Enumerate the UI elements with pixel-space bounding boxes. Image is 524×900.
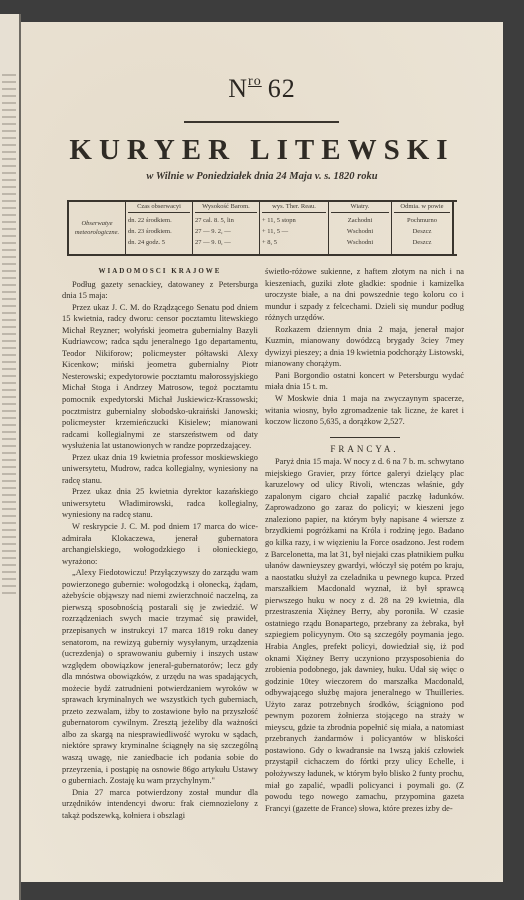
article-paragraph: Podług gazety senackiey, datowaney z Pet… (62, 279, 258, 302)
masthead-title: KURYER LITEWSKI (21, 134, 503, 167)
article-paragraph: Pani Borgondio ostatni koncert w Petersb… (265, 370, 464, 393)
section-divider (330, 437, 400, 438)
issue-number: Nro62 (21, 74, 503, 104)
title-rule (184, 121, 339, 123)
section-title-domestic-news: WIADOMOSCI KRAJOWE (62, 266, 258, 278)
issue-prefix: N (228, 74, 248, 103)
met-col-thermometer: wys. Ther. Reau. + 11, 5 stopn + 11, 5 —… (260, 202, 329, 254)
left-column: WIADOMOSCI KRAJOWE Podług gazety senacki… (62, 266, 258, 821)
article-paragraph: Przez ukaz dnia 25 kwietnia dyrektor kaz… (62, 486, 258, 521)
article-paragraph: „Alexy Fiedotowiczu! Przyłączywszy do za… (62, 567, 258, 786)
newspaper-page: Nro62 KURYER LITEWSKI w Wilnie w Poniedz… (21, 22, 503, 882)
issue-sup: ro (248, 74, 262, 89)
met-table-label: Obserwatye meteorologiczne. (67, 202, 126, 254)
article-paragraph: Dnia 27 marca potwierdzony został mundur… (62, 787, 258, 822)
article-paragraph: W reskrypcie J. C. M. pod dniem 17 marca… (62, 521, 258, 567)
previous-page-edge (0, 14, 21, 900)
right-column: świetło-różowe sukienne, z haftem złotym… (265, 266, 464, 814)
article-paragraph: Paryż dnia 15 maja. W nocy z d. 6 na 7 b… (265, 456, 464, 814)
previous-page-text (2, 74, 16, 594)
section-title-france: FRANCYA. (265, 444, 464, 456)
article-paragraph: Rozkazem dziennym dnia 2 maja, jenerał m… (265, 324, 464, 370)
met-col-winds: Wiatry. Zachodni Wschodni Wschodni (329, 202, 392, 254)
met-col-barometer: Wysokość Barom. 27 cal. 8. 5, lin 27 — 9… (193, 202, 260, 254)
meteorology-table: Obserwatye meteorologiczne. Czas obserwa… (67, 200, 457, 256)
article-paragraph: W Moskwie dnia 1 maja na zwyczaynym spac… (265, 393, 464, 428)
met-col-weather: Odmia. w powie Pochmurno Deszcz Deszcz (392, 202, 454, 254)
article-paragraph: Przez ukaz J. C. M. do Rządzącego Senatu… (62, 302, 258, 452)
article-paragraph: świetło-różowe sukienne, z haftem złotym… (265, 266, 464, 324)
dateline: w Wilnie w Poniedziałek dnia 24 Maja v. … (21, 171, 503, 182)
met-col-time: Czas obserwacyi dn. 22 środkiem. dn. 23 … (126, 202, 193, 254)
issue-number-value: 62 (268, 74, 296, 103)
article-paragraph: Przez ukaz dnia 19 kwietnia professor mo… (62, 452, 258, 487)
